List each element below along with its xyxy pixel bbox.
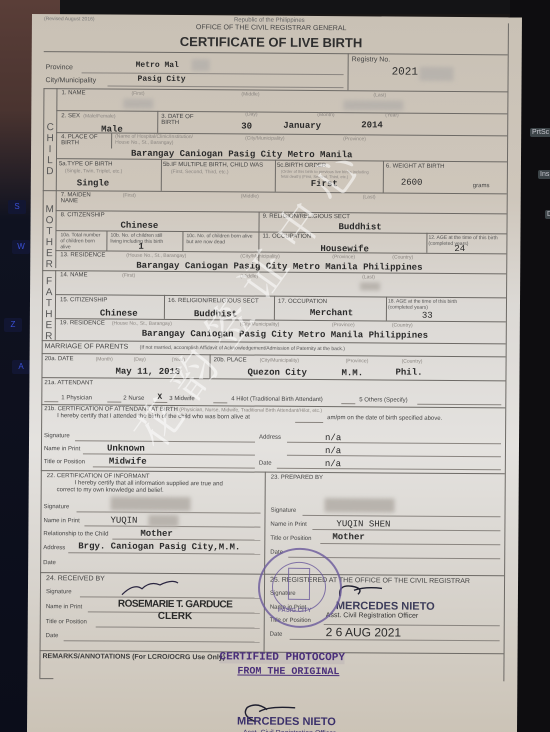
mother-age-label: 12. AGE at the time of this birth (compl… [428,235,504,248]
registry-label: Registry No. [352,56,391,63]
informant-name-label: Name in Print [43,518,79,524]
city-value: Pasig City [138,75,186,84]
place-of-birth-label: 4. PLACE OF BIRTH [61,134,103,146]
province-value: Metro Mal [136,61,179,70]
marriage-place-country: Phil. [395,368,422,378]
multiple-birth-label: 5b.IF MULTIPLE BIRTH, CHILD WAS [163,162,263,169]
birth-certificate-document: (Revised August 2016) Republic of the Ph… [27,14,522,732]
received-signature-label: Signature [46,589,72,595]
attendant-cert-text2: am/pm on the date of birth specified abo… [327,415,442,422]
attendant-option-hilot: 4 Hilot (Traditional Birth Attendant) [231,396,323,403]
dob-month: January [283,121,321,131]
keyboard-key: Z [4,318,22,332]
father-occupation-label: 17. OCCUPATION [278,299,327,305]
registered-date-value: 2 6 AUG 2021 [326,625,401,640]
informant-address-label: Address [43,545,65,551]
dob-day: 30 [241,121,252,131]
revision-note: (Revised August 2016) [44,16,95,22]
received-by-label: 24. RECEIVED BY [46,575,105,582]
informant-relationship-value: Mother [140,529,172,539]
children-alive-label: 10a. Total number of children born alive [60,232,100,250]
attendant-date-value: n/a [325,459,341,469]
attendant-date-label: Date [259,461,272,467]
keyboard-key: S [8,200,26,214]
informant-relationship-label: Relationship to the Child [43,531,108,537]
informant-date-label: Date [43,560,56,566]
informant-text2: correct to my own knowledge and belief. [57,487,164,494]
office-heading: OFFICE OF THE CIVIL REGISTRAR GENERAL [196,24,347,32]
attendant-address-value2: n/a [325,446,341,456]
informant-signature-label: Signature [44,504,70,510]
registered-name-value: MERCEDES NIETO [336,600,435,613]
certificate-form: (Revised August 2016) Republic of the Ph… [44,20,508,23]
republic-heading: Republic of the Philippines [234,17,305,23]
informant-label: 22. CERTIFICATION OF INFORMANT [47,473,150,480]
registered-title-value: Asst. Civil Registration Officer [326,612,418,620]
attendant-label: 21a. ATTENDANT [44,380,93,386]
received-date-label: Date [46,633,59,639]
maiden-name-label: 7. MAIDEN NAME [61,192,91,204]
informant-name-value: YUQIN [110,516,137,526]
prepared-name-value: YUQIN SHEN [336,519,390,529]
attendant-title-label: Title or Position [44,459,85,465]
child-section-label: CHILD [45,122,55,177]
background-top [60,0,550,14]
marriage-date-label: 20a. DATE [45,356,74,362]
mother-religion-value: Buddhist [338,222,381,232]
attendant-address-value: n/a [325,433,341,443]
received-name-label: Name in Print [46,604,82,610]
marriage-place-city: Quezon City [247,368,306,378]
keyboard-key: Ins [538,170,550,179]
city-label: City/Municipality [46,77,97,84]
father-age-label: 18. AGE at the time of this birth (compl… [388,298,464,311]
informant-address-value: Brgy. Caniogan Pasig City,M.M. [78,541,240,552]
prepared-name-label: Name in Print [270,522,306,528]
attendant-address-label: Address [259,435,281,441]
received-title-label: Title or Position [46,619,87,625]
child-name-label: 1. NAME [61,90,85,96]
mother-citizenship-value: Chinese [120,221,158,231]
attendant-option-others: 5 Others (Specify) [359,397,407,403]
attendant-name-label: Name in Print [44,446,80,452]
type-of-birth-label: 5a.TYPE OF BIRTH [59,161,113,167]
keyboard-key: A [12,360,30,374]
father-citizenship-value: Chinese [100,308,138,318]
certified-photocopy-stamp: CERTIFIED PHOTOCOPY [219,651,345,664]
keyboard-key: PrtSc [530,128,550,137]
mother-citizenship-label: 8. CITIZENSHIP [61,212,105,218]
mother-section-label: MOTHER [44,204,54,270]
marriage-heading: MARRIAGE OF PARENTS [45,343,129,351]
weight-unit: grams [473,183,490,189]
attendant-signature-label: Signature [44,433,70,439]
pasig-city-seal: PASIG CITY [258,548,343,629]
marriage-place-province: M.M. [341,368,363,378]
prepared-title-label: Title or Position [270,536,311,542]
father-citizenship-label: 15. CITIZENSHIP [60,297,107,303]
from-original-stamp: FROM THE ORIGINAL [237,666,339,678]
father-section-label: FATHER [44,276,54,342]
dob-year: 2014 [361,120,383,130]
weight-value: 2600 [401,178,423,188]
prepared-signature-label: Signature [271,508,297,514]
registry-number: 2021 [392,67,418,79]
remarks-label: REMARKS/ANNOTATIONS (For LCRO/OCRG Use O… [42,653,225,661]
father-age-value: 33 [422,311,433,321]
bottom-officer-name: MERCEDES NIETO [237,715,336,728]
province-label: Province [46,64,73,71]
attendant-title-value: Midwife [109,457,147,467]
certificate-title: CERTIFICATE OF LIVE BIRTH [180,34,363,50]
informant-text: I hereby certify that all information su… [75,480,223,487]
weight-label: 6. WEIGHT AT BIRTH [386,163,445,169]
prepared-by-label: 23. PREPARED BY [271,475,323,481]
attendant-option-physician: 1 Physician [61,395,92,401]
father-occupation-value: Merchant [310,308,353,318]
father-residence-label: 19. RESIDENCE [60,320,105,326]
prepared-title-value: Mother [332,532,364,542]
keyboard-key: W [12,240,30,254]
attendant-name-value: Unknown [107,444,145,454]
type-of-birth-value: Single [77,178,109,188]
received-name-value: ROSEMARIE T. GARDUCE [118,599,233,611]
mother-residence-label: 13. RESIDENCE [60,252,105,258]
keyboard-key: Del [545,210,550,219]
sex-label: 2. SEX [61,113,80,119]
dob-label: 3. DATE OF BIRTH [161,114,211,126]
father-name-label: 14. NAME [60,272,87,278]
received-title-value: CLERK [158,611,193,622]
received-signature-mark [120,577,180,599]
registered-date-label: Date [270,632,283,638]
